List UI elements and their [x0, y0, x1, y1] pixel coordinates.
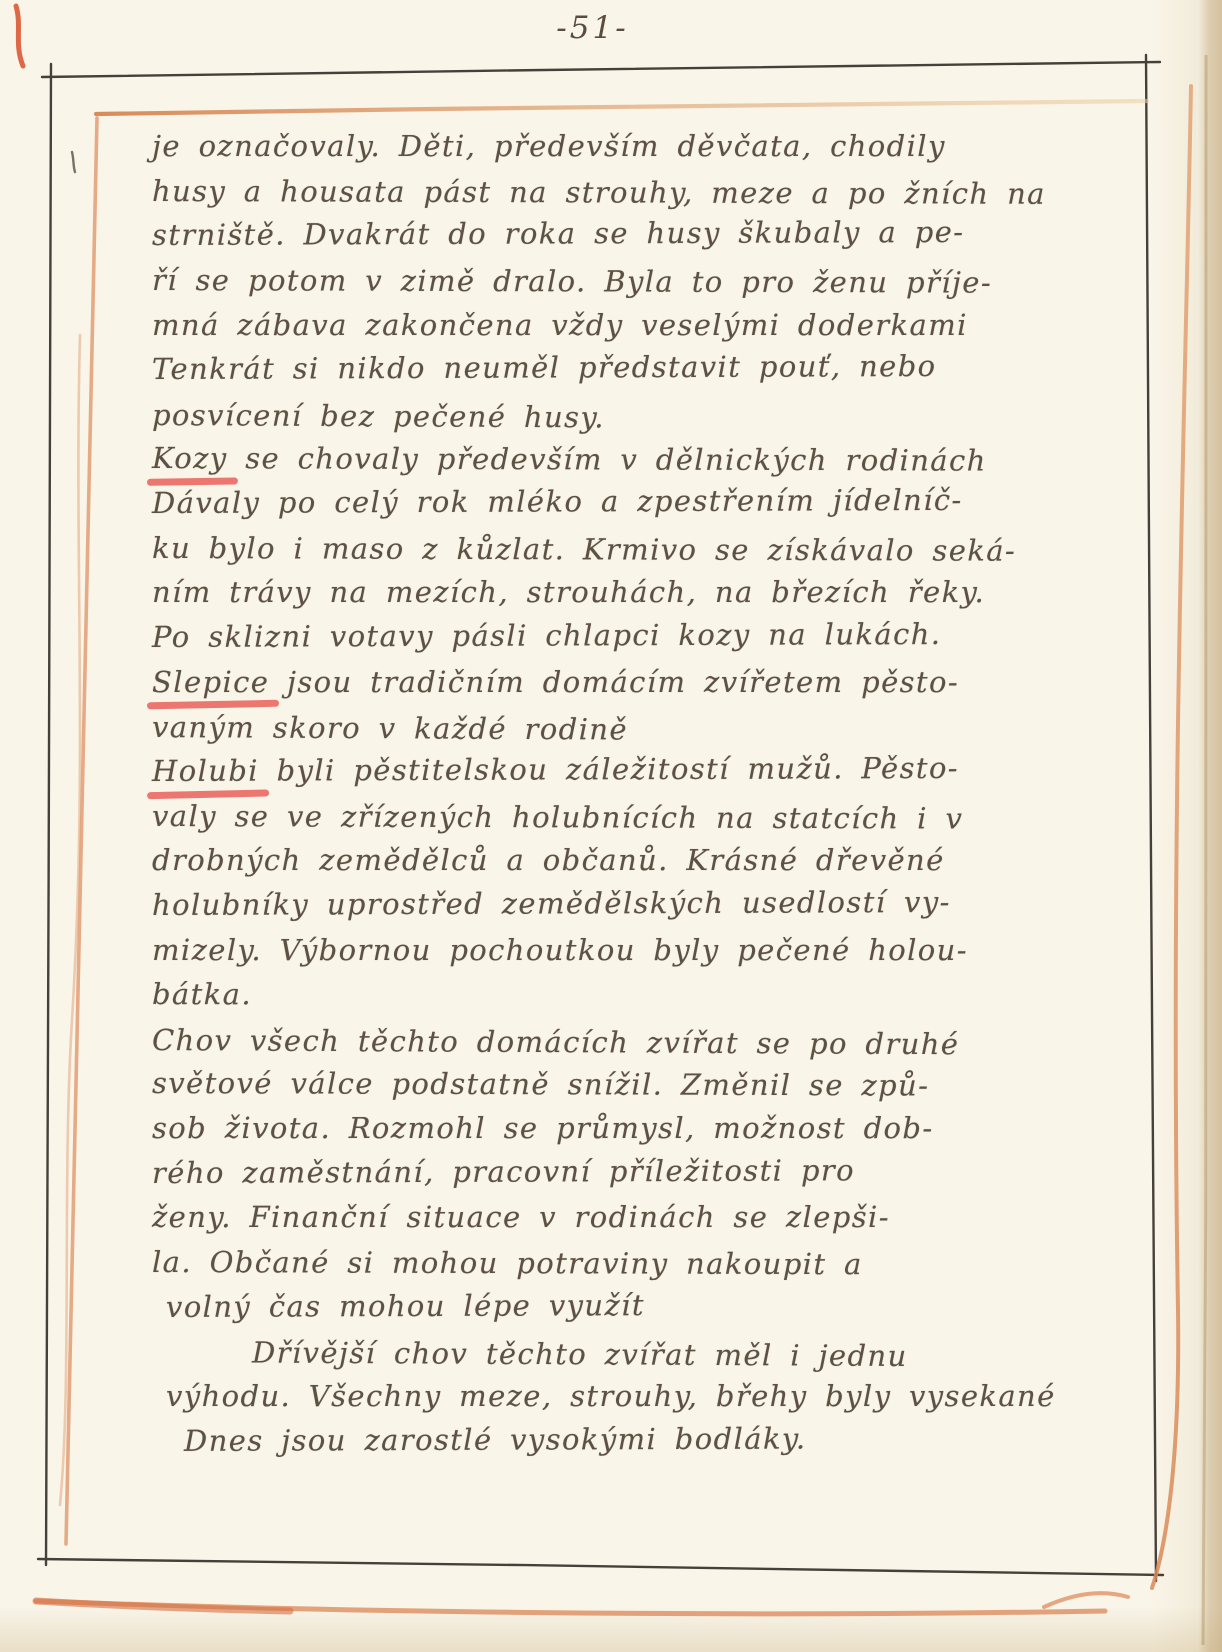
text-line: la. Občané si mohou potraviny nakoupit a: [152, 1240, 1162, 1288]
stray-ink-tick: [72, 152, 75, 172]
pencil-left-line: [66, 118, 97, 1544]
text-line: světové válce podstatně snížil. Změnil s…: [152, 1061, 1162, 1109]
text-line: sob života. Rozmohl se průmysl, možnost …: [152, 1106, 1162, 1151]
text-line: mná zábava zakončena vždy veselými doder…: [152, 303, 1162, 348]
text-line: Dávaly po celý rok mléko a zpestřením jí…: [152, 477, 1162, 526]
text-line: ří se potom v zimě dralo. Byla to pro že…: [152, 258, 1162, 306]
text-line: rého zaměstnání, pracovní příležitosti p…: [152, 1147, 1162, 1196]
text-line: volný čas mohou lépe využít: [152, 1281, 1162, 1330]
text-line: ženy. Finanční situace v rodinách se zle…: [152, 1195, 1162, 1240]
scanned-chronicle-page: -51- je označovaly. Děti, především děvč…: [0, 0, 1222, 1652]
text-line: valy se ve zřízených holubnících na stat…: [152, 794, 1162, 842]
handwritten-text-block: je označovaly. Děti, především děvčata, …: [152, 124, 1162, 1463]
text-line: Tenkrát si nikdo neuměl představit pouť,…: [152, 343, 1162, 392]
text-line: ním trávy na mezích, strouhách, na březí…: [152, 570, 1162, 615]
text-line: výhodu. Všechny meze, strouhy, břehy byl…: [152, 1374, 1162, 1419]
text-line: posvícení bez pečené husy.: [152, 393, 1162, 443]
text-line: Slepice jsou tradičním domácím zvířetem …: [152, 660, 1162, 705]
red-underlined-word: Holubi: [152, 749, 259, 794]
text-line: drobných zemědělců a občanů. Krásné dřev…: [152, 838, 1162, 883]
text-line: ku bylo i maso z kůzlat. Krmivo se získá…: [152, 526, 1162, 574]
page-edge-shadow-line: [1203, 55, 1206, 1645]
text-line: Dnes jsou zarostlé vysokými bodláky.: [152, 1415, 1162, 1464]
text-line: strniště. Dvakrát do roka se husy škubal…: [152, 209, 1162, 258]
text-line: Chov všech těchto domácích zvířat se po …: [152, 1018, 1162, 1068]
text-line: Holubi byli pěstitelskou záležitostí muž…: [152, 745, 1162, 794]
red-underlined-word: Kozy: [152, 436, 228, 481]
text-line: Po sklizni votavy pásli chlapci kozy na …: [152, 611, 1162, 660]
text-line: bátka.: [152, 972, 1162, 1020]
text-line: Dřívější chov těchto zvířat měl i jednu: [152, 1330, 1162, 1380]
text-line: holubníky uprostřed zemědělských usedlos…: [152, 879, 1162, 928]
red-underlined-word: Slepice: [152, 660, 269, 705]
text-line: je označovaly. Děti, především děvčata, …: [152, 124, 1162, 169]
page-number: -51-: [0, 10, 1185, 46]
pencil-bottom-hook: [1044, 1593, 1128, 1607]
pencil-top-line: [96, 101, 1147, 114]
text-line: mizely. Výbornou pochoutkou byly pečené …: [152, 928, 1162, 973]
